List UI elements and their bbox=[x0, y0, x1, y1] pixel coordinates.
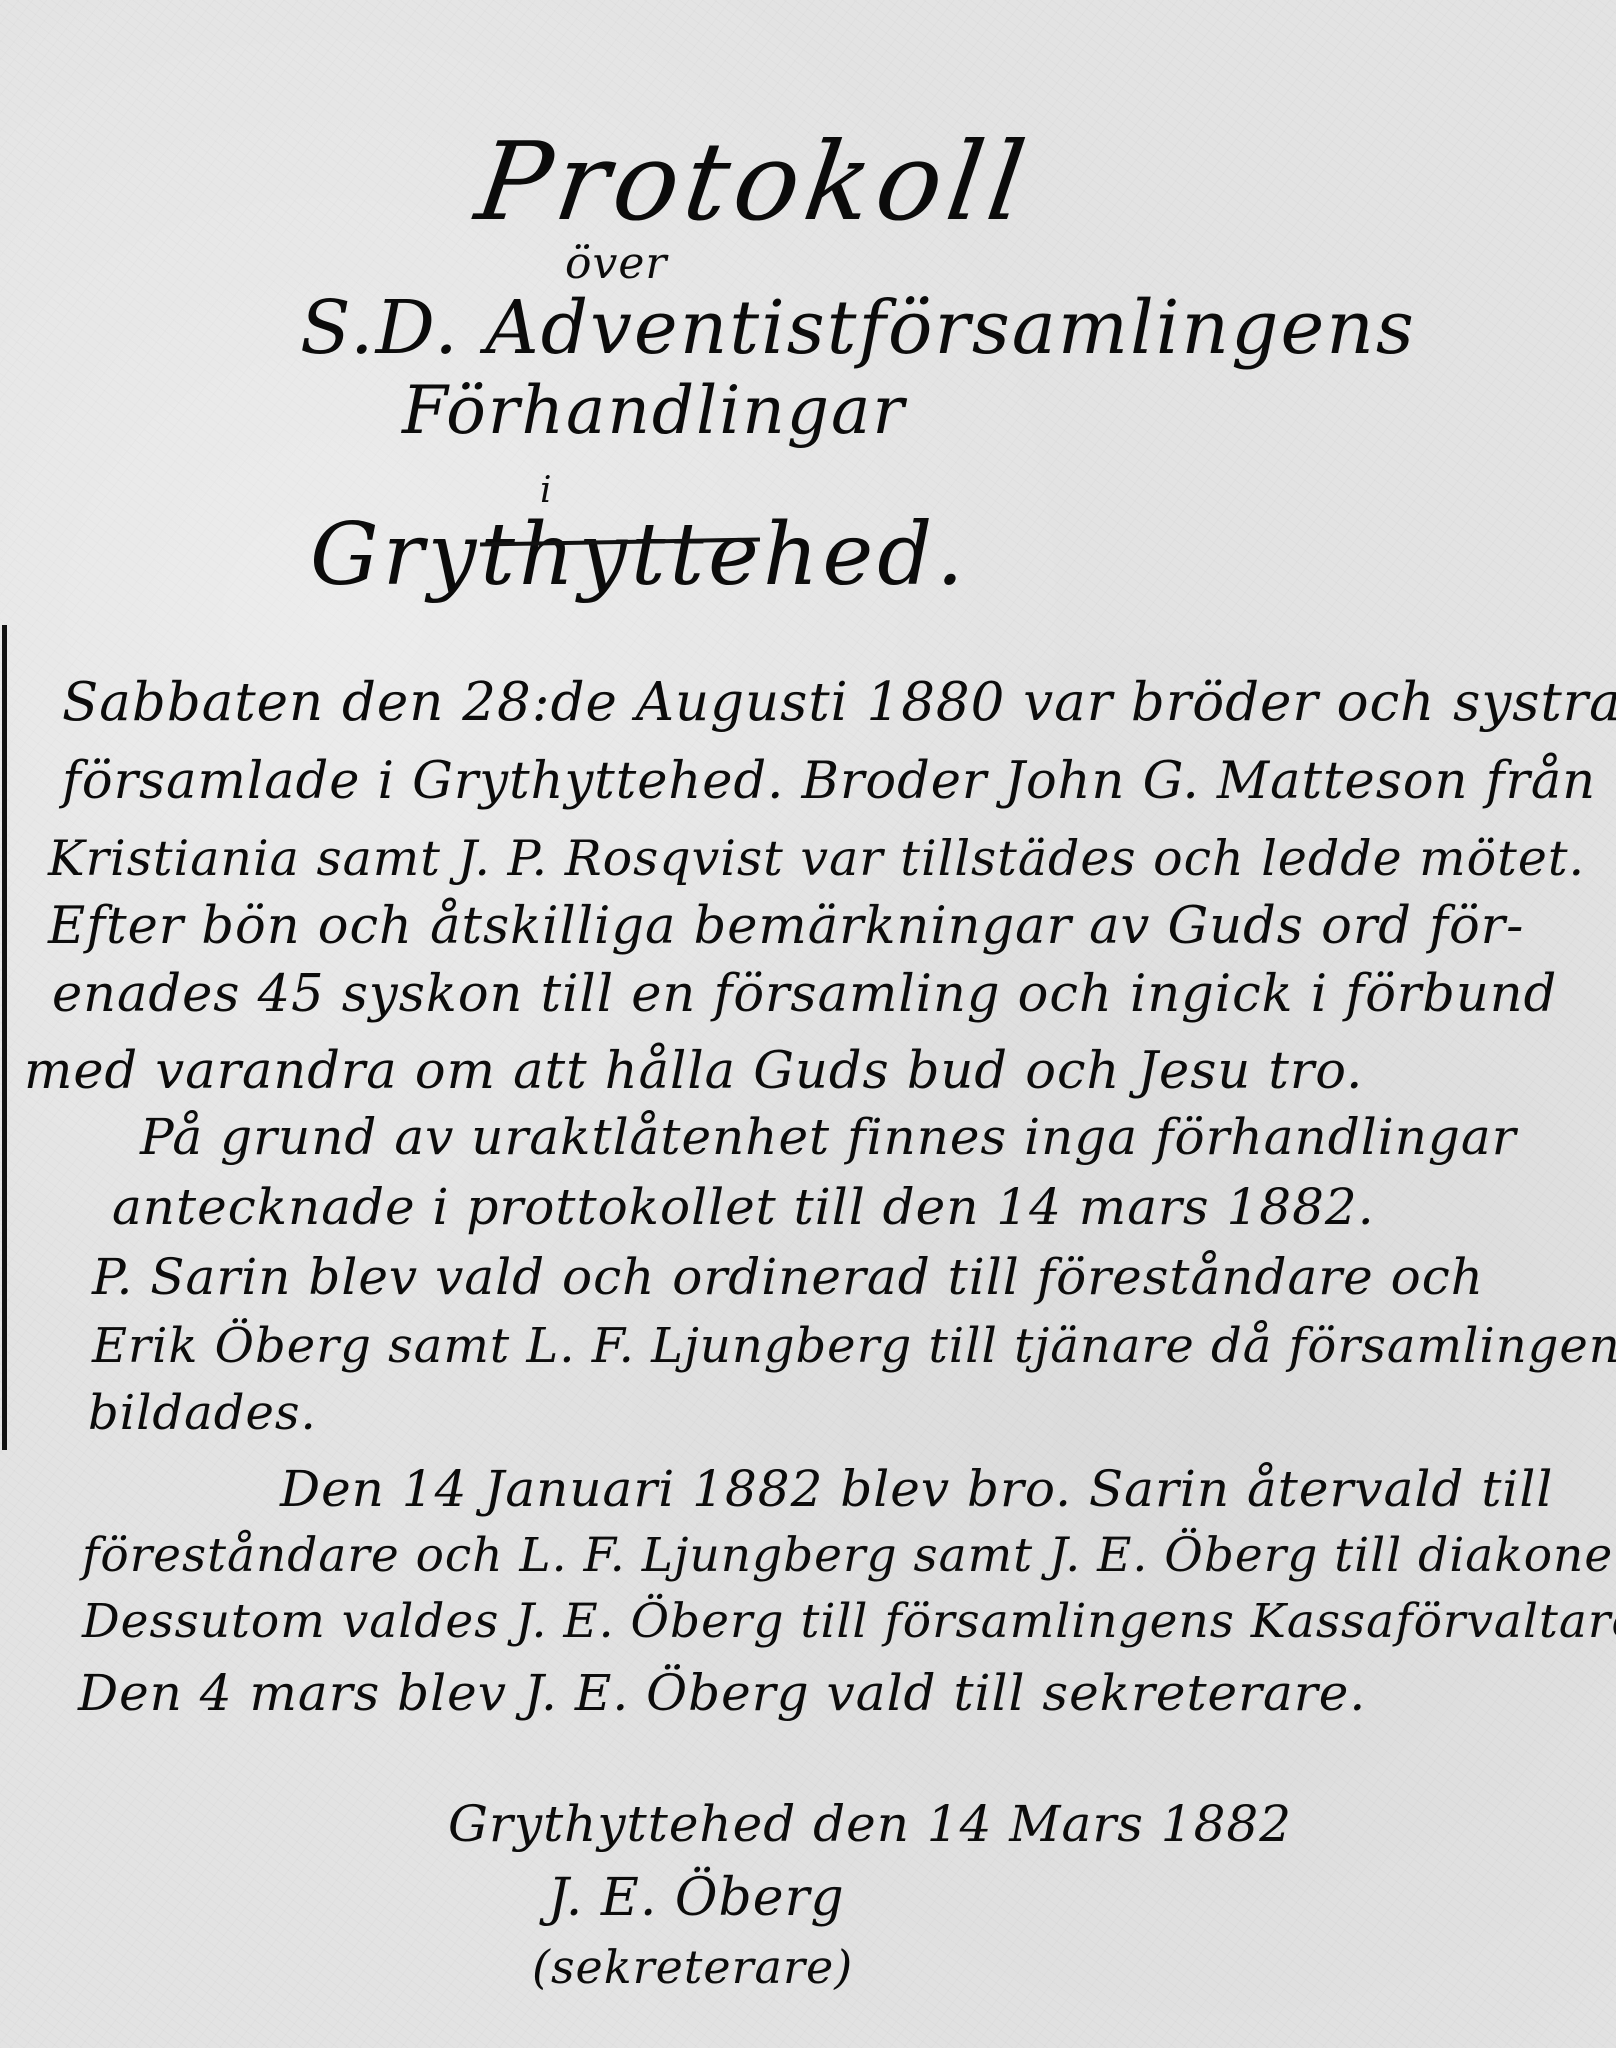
body-line: Den 14 Januari 1882 blev bro. Sarin åter… bbox=[280, 1460, 1553, 1518]
body-line: föreståndare och L. F. Ljungberg samt J.… bbox=[82, 1528, 1616, 1583]
body-line: Kristiania samt J. P. Rosqvist var tills… bbox=[48, 830, 1585, 887]
body-line: Erik Öberg samt L. F. Ljungberg till tjä… bbox=[92, 1318, 1616, 1374]
title-proceedings: Förhandlingar bbox=[402, 372, 906, 449]
body-line: Dessutom valdes J. E. Öberg till församl… bbox=[82, 1594, 1616, 1649]
title-over: över bbox=[565, 238, 667, 289]
body-line: enades 45 syskon till en församling och … bbox=[52, 965, 1557, 1024]
title-place: Grythyttehed. bbox=[310, 505, 968, 605]
body-line: antecknade i prottokollet till den 14 ma… bbox=[112, 1178, 1375, 1236]
body-line: bildades. bbox=[88, 1385, 317, 1441]
body-line: P. Sarin blev vald och ordinerad till fö… bbox=[92, 1248, 1484, 1306]
body-line: Efter bön och åtskilliga bemärkningar av… bbox=[48, 897, 1524, 956]
signature-role: (sekreterare) bbox=[532, 1940, 853, 1994]
signature: J. E. Öberg bbox=[548, 1868, 845, 1928]
title-protokoll: Protokoll bbox=[469, 120, 1038, 245]
body-line: Den 4 mars blev J. E. Öberg vald till se… bbox=[78, 1664, 1366, 1722]
manuscript-page: Protokoll över S.D. Adventistförsamlinge… bbox=[0, 0, 1616, 2048]
title-congregation: S.D. Adventistförsamlingens bbox=[300, 285, 1416, 371]
left-margin-rule bbox=[2, 625, 7, 1450]
body-line: Sabbaten den 28:de Augusti 1880 var bröd… bbox=[62, 672, 1616, 733]
closing-place-date: Grythyttehed den 14 Mars 1882 bbox=[448, 1795, 1292, 1853]
body-line: församlade i Grythyttehed. Broder John G… bbox=[62, 752, 1596, 811]
body-line: med varandra om att hålla Guds bud och J… bbox=[24, 1042, 1363, 1101]
body-line: På grund av uraktlåtenhet finnes inga fö… bbox=[140, 1108, 1517, 1166]
